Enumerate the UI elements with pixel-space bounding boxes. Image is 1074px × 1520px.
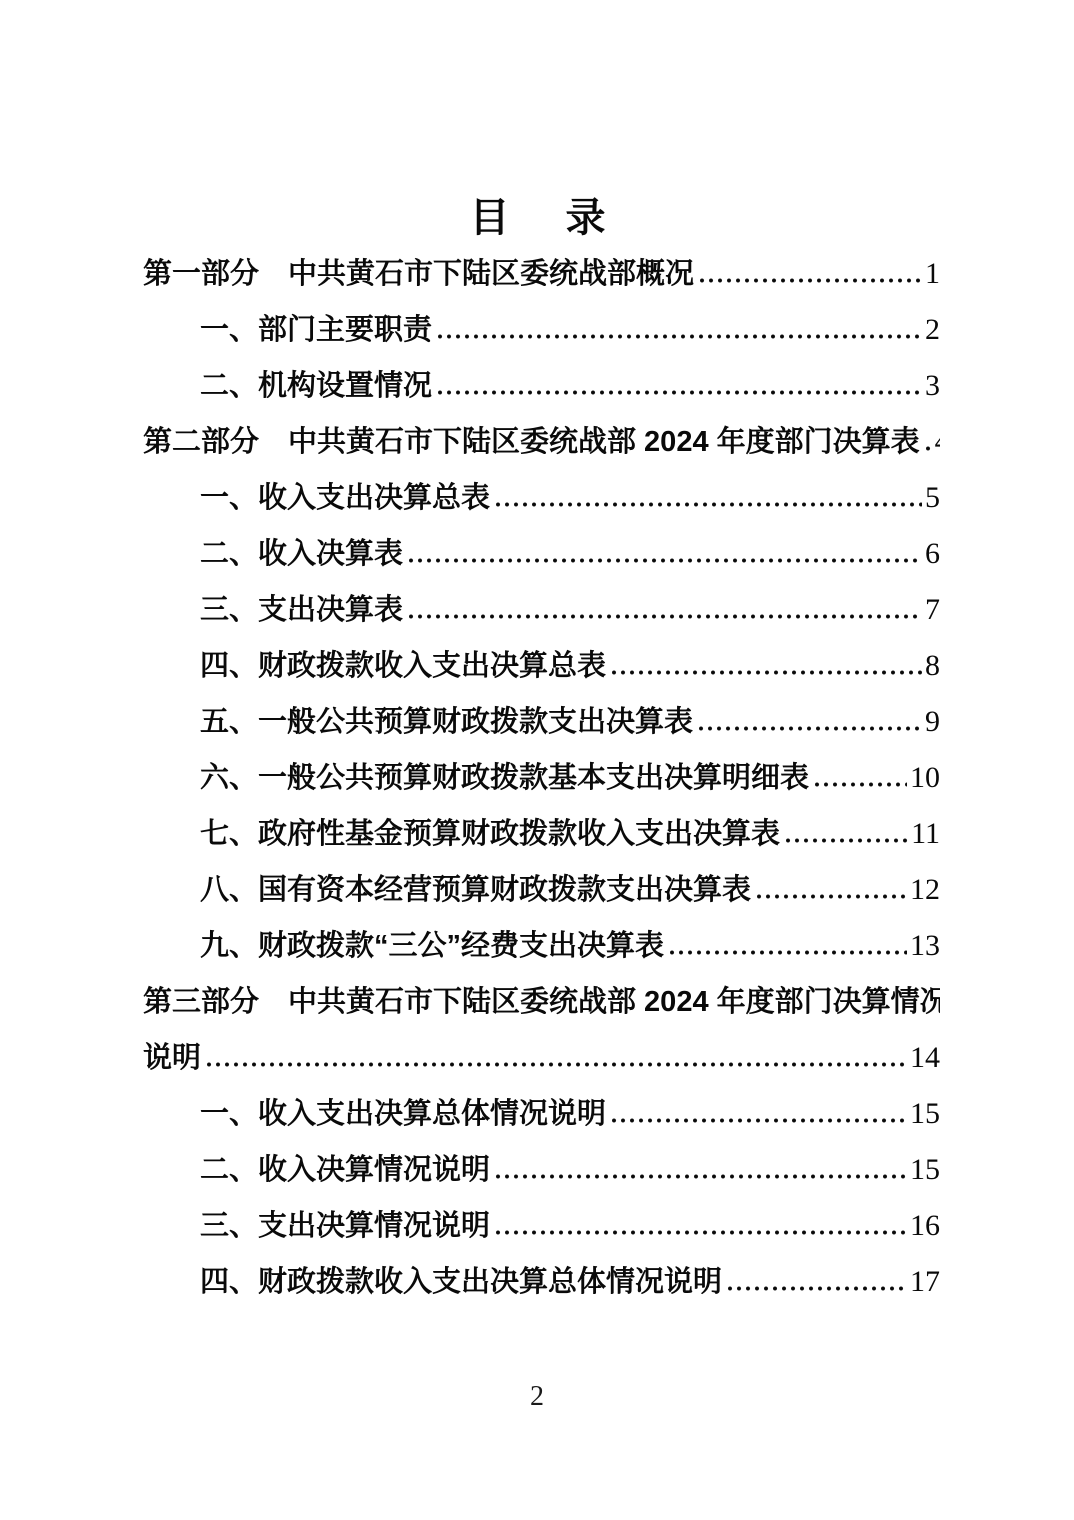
toc-dot-leader xyxy=(699,726,922,731)
toc-entry: 六、一般公共预算财政拨款基本支出决算明细表10 xyxy=(143,750,940,806)
toc-entry-label: 二、收入决算情况说明 xyxy=(200,1142,490,1198)
toc-entry-label: 二、机构设置情况 xyxy=(200,358,432,414)
toc-entry-page: 15 xyxy=(910,1142,940,1198)
toc-entry-page: 5 xyxy=(925,470,940,526)
toc-entry-page: 2 xyxy=(925,302,940,358)
toc-entry: 一、收入支出决算总体情况说明15 xyxy=(143,1086,940,1142)
toc-entry: 九、财政拨款“三公”经费支出决算表13 xyxy=(143,918,940,974)
toc-dot-leader xyxy=(438,334,922,339)
toc-entry-page: 3 xyxy=(925,358,940,414)
toc-entry-label: 四、财政拨款收入支出决算总体情况说明 xyxy=(200,1254,722,1310)
toc-entry: 七、政府性基金预算财政拨款收入支出决算表11 xyxy=(143,806,940,862)
toc-entry-page: 16 xyxy=(910,1198,940,1254)
toc-entry-page: 8 xyxy=(925,638,940,694)
toc-entry: 八、国有资本经营预算财政拨款支出决算表12 xyxy=(143,862,940,918)
toc-dot-leader xyxy=(496,1174,907,1179)
toc-entry-label: 二、收入决算表 xyxy=(200,526,403,582)
toc-dot-leader xyxy=(612,1118,907,1123)
toc-entry-label: 五、一般公共预算财政拨款支出决算表 xyxy=(200,694,693,750)
footer-page-number: 2 xyxy=(0,1382,1074,1412)
toc-entry-label: 九、财政拨款“三公”经费支出决算表 xyxy=(200,918,664,974)
toc-dot-leader xyxy=(409,614,922,619)
toc-entry: 三、支出决算表7 xyxy=(143,582,940,638)
toc-entry-page: 17 xyxy=(910,1254,940,1310)
toc-dot-leader xyxy=(926,446,932,451)
toc-entry-label: 第三部分 中共黄石市下陆区委统战部 2024 年度部门决算情况 xyxy=(143,974,940,1030)
toc-entry: 二、收入决算情况说明15 xyxy=(143,1142,940,1198)
toc-entry-label: 第二部分 中共黄石市下陆区委统战部 2024 年度部门决算表 xyxy=(143,414,920,470)
toc-dot-leader xyxy=(612,670,922,675)
toc-dot-leader xyxy=(496,502,922,507)
toc-entry-label: 七、政府性基金预算财政拨款收入支出决算表 xyxy=(200,806,780,862)
toc-entry: 第一部分 中共黄石市下陆区委统战部概况1 xyxy=(143,246,940,302)
toc-entry-page: 10 xyxy=(910,750,940,806)
toc-entry: 二、机构设置情况3 xyxy=(143,358,940,414)
toc-entry-page: 9 xyxy=(925,694,940,750)
toc-dot-leader xyxy=(786,838,908,843)
toc-entry-label: 说明 xyxy=(143,1030,201,1086)
toc-entry-page: 13 xyxy=(910,918,940,974)
toc-entry-page: 11 xyxy=(911,806,940,862)
page-title: 目 录 xyxy=(143,190,940,246)
toc-dot-leader xyxy=(700,278,922,283)
toc-dot-leader xyxy=(757,894,907,899)
toc-entry: 第二部分 中共黄石市下陆区委统战部 2024 年度部门决算表4 xyxy=(143,414,940,470)
toc-entry-page: 1 xyxy=(925,246,940,302)
toc-entry-label: 三、支出决算表 xyxy=(200,582,403,638)
toc-entry-label: 一、收入支出决算总表 xyxy=(200,470,490,526)
toc-list: 第一部分 中共黄石市下陆区委统战部概况1一、部门主要职责2二、机构设置情况3第二… xyxy=(143,246,940,1310)
document-page: 目 录 第一部分 中共黄石市下陆区委统战部概况1一、部门主要职责2二、机构设置情… xyxy=(0,0,1074,1520)
toc-entry: 五、一般公共预算财政拨款支出决算表9 xyxy=(143,694,940,750)
toc-entry: 第三部分 中共黄石市下陆区委统战部 2024 年度部门决算情况 xyxy=(143,974,940,1030)
toc-entry: 说明14 xyxy=(143,1030,940,1086)
toc-entry-label: 四、财政拨款收入支出决算总表 xyxy=(200,638,606,694)
toc-dot-leader xyxy=(207,1062,907,1067)
toc-entry: 一、收入支出决算总表5 xyxy=(143,470,940,526)
toc-dot-leader xyxy=(438,390,922,395)
toc-entry-label: 八、国有资本经营预算财政拨款支出决算表 xyxy=(200,862,751,918)
toc-entry-label: 第一部分 中共黄石市下陆区委统战部概况 xyxy=(143,246,694,302)
toc-entry-page: 6 xyxy=(925,526,940,582)
toc-entry-page: 4 xyxy=(935,414,940,470)
toc-entry: 二、收入决算表6 xyxy=(143,526,940,582)
toc-entry-label: 一、部门主要职责 xyxy=(200,302,432,358)
toc-entry-label: 一、收入支出决算总体情况说明 xyxy=(200,1086,606,1142)
toc-entry-page: 12 xyxy=(910,862,940,918)
toc-dot-leader xyxy=(728,1286,907,1291)
toc-entry: 一、部门主要职责2 xyxy=(143,302,940,358)
toc-entry: 四、财政拨款收入支出决算总表8 xyxy=(143,638,940,694)
toc-entry-page: 14 xyxy=(910,1030,940,1086)
toc-dot-leader xyxy=(815,782,907,787)
toc-dot-leader xyxy=(670,950,907,955)
toc-entry-label: 六、一般公共预算财政拨款基本支出决算明细表 xyxy=(200,750,809,806)
toc-entry-page: 7 xyxy=(925,582,940,638)
toc-dot-leader xyxy=(496,1230,907,1235)
toc-entry-label: 三、支出决算情况说明 xyxy=(200,1198,490,1254)
toc-entry: 三、支出决算情况说明16 xyxy=(143,1198,940,1254)
toc-dot-leader xyxy=(409,558,922,563)
toc-entry-page: 15 xyxy=(910,1086,940,1142)
toc-entry: 四、财政拨款收入支出决算总体情况说明17 xyxy=(143,1254,940,1310)
